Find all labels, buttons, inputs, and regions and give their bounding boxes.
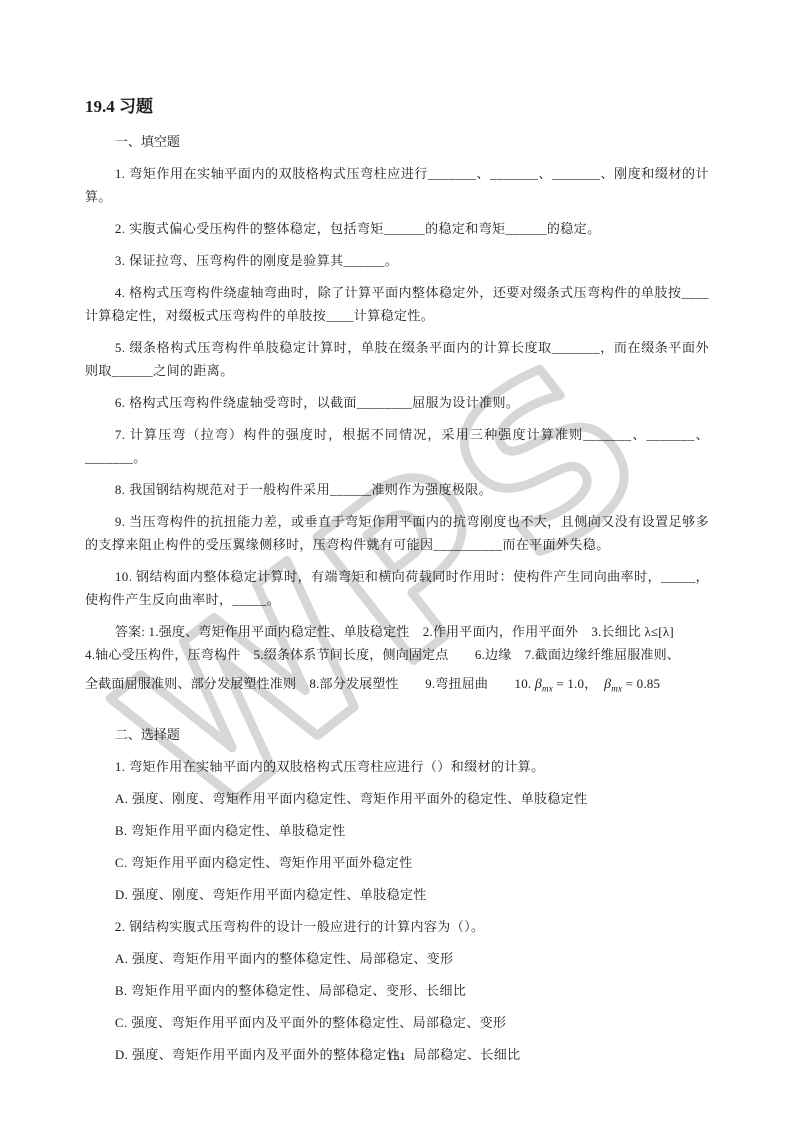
fill-blank-question: 5. 缀条格构式压弯构件单肢稳定计算时，单肢在缀条平面内的计算长度取______… — [85, 336, 709, 382]
fill-blank-question: 3. 保证拉弯、压弯构件的刚度是验算其______。 — [85, 249, 709, 272]
choice-paragraph: 2. 钢结构实腹式压弯构件的设计一般应进行的计算内容为（）。 — [85, 915, 709, 938]
section-heading-fill-blank: 一、填空题 — [85, 130, 709, 153]
choice-paragraph: A. 强度、刚度、弯矩作用平面内稳定性、弯矩作用平面外的稳定性、单肢稳定性 — [85, 787, 709, 810]
fill-blank-question: 1. 弯矩作用在实轴平面内的双肢格构式压弯柱应进行_______、_______… — [85, 162, 709, 208]
answers-line-1: 答案: 1.强度、弯矩作用平面内稳定性、单肢稳定性 2.作用平面内，作用平面外 … — [85, 620, 709, 643]
page-title: 19.4 习题 — [85, 96, 709, 118]
fill-blank-question: 8. 我国钢结构规范对于一般构件采用______准则作为强度极限。 — [85, 478, 709, 501]
choice-paragraph: C. 弯矩作用平面内稳定性、弯矩作用平面外稳定性 — [85, 851, 709, 874]
choice-paragraph: A. 强度、弯矩作用平面内的整体稳定性、局部稳定、变形 — [85, 947, 709, 970]
beta-value: = 0.85 — [622, 676, 660, 691]
beta-value: = 1.0， — [553, 676, 604, 691]
choice-paragraph: D. 强度、刚度、弯矩作用平面内稳定性、单肢稳定性 — [85, 883, 709, 906]
answers-line-3: 全截面屈服准则、部分发展塑性准则 8.部分发展塑性 9.弯扭屈曲 10. βmx… — [85, 672, 709, 701]
document-page: WPS 19.4 习题 一、填空题 1. 弯矩作用在实轴平面内的双肢格构式压弯柱… — [0, 0, 793, 1122]
section-heading-choice: 二、选择题 — [85, 723, 709, 746]
fill-blank-question: 7. 计算压弯（拉弯）构件的强度时，根据不同情况，采用三种强度计算准则_____… — [85, 423, 709, 469]
beta-subscript: mx — [542, 684, 553, 694]
fill-blank-question: 6. 格构式压弯构件绕虚轴受弯时，以截面________屈服为设计准则。 — [85, 391, 709, 414]
choice-paragraph: 1. 弯矩作用在实轴平面内的双肢格构式压弯柱应进行（）和缀材的计算。 — [85, 755, 709, 778]
answers-line-2: 4.轴心受压构件，压弯构件 5.缀条体系节间长度，侧向固定点 6.边缘 7.截面… — [85, 643, 709, 666]
beta-symbol: β — [535, 677, 542, 692]
choice-paragraph: B. 弯矩作用平面内稳定性、单肢稳定性 — [85, 819, 709, 842]
page-content: 19.4 习题 一、填空题 1. 弯矩作用在实轴平面内的双肢格构式压弯柱应进行_… — [0, 0, 793, 1066]
answers-block: 答案: 1.强度、弯矩作用平面内稳定性、单肢稳定性 2.作用平面内，作用平面外 … — [85, 620, 709, 701]
fill-blank-question: 9. 当压弯构件的抗扭能力差，或垂直于弯矩作用平面内的抗弯刚度也不大，且侧向又没… — [85, 510, 709, 556]
answers-line-3-text: 全截面屈服准则、部分发展塑性准则 8.部分发展塑性 9.弯扭屈曲 10. — [85, 676, 535, 691]
choice-paragraph: C. 强度、弯矩作用平面内及平面外的整体稳定性、局部稳定、变形 — [85, 1011, 709, 1034]
page-number: 151 — [0, 1048, 793, 1064]
beta-formula-2: βmx = 0.85 — [604, 676, 660, 691]
fill-blank-question: 10. 钢结构面内整体稳定计算时，有端弯矩和横向荷载同时作用时：使构件产生同向曲… — [85, 565, 709, 611]
beta-subscript: mx — [611, 684, 622, 694]
beta-formula-1: βmx = 1.0， — [535, 676, 604, 691]
fill-blank-question: 2. 实腹式偏心受压构件的整体稳定，包括弯矩______的稳定和弯矩______… — [85, 217, 709, 240]
choice-paragraph: B. 弯矩作用平面内的整体稳定性、局部稳定、变形、长细比 — [85, 979, 709, 1002]
fill-blank-question: 4. 格构式压弯构件绕虚轴弯曲时，除了计算平面内整体稳定外，还要对缀条式压弯构件… — [85, 281, 709, 327]
